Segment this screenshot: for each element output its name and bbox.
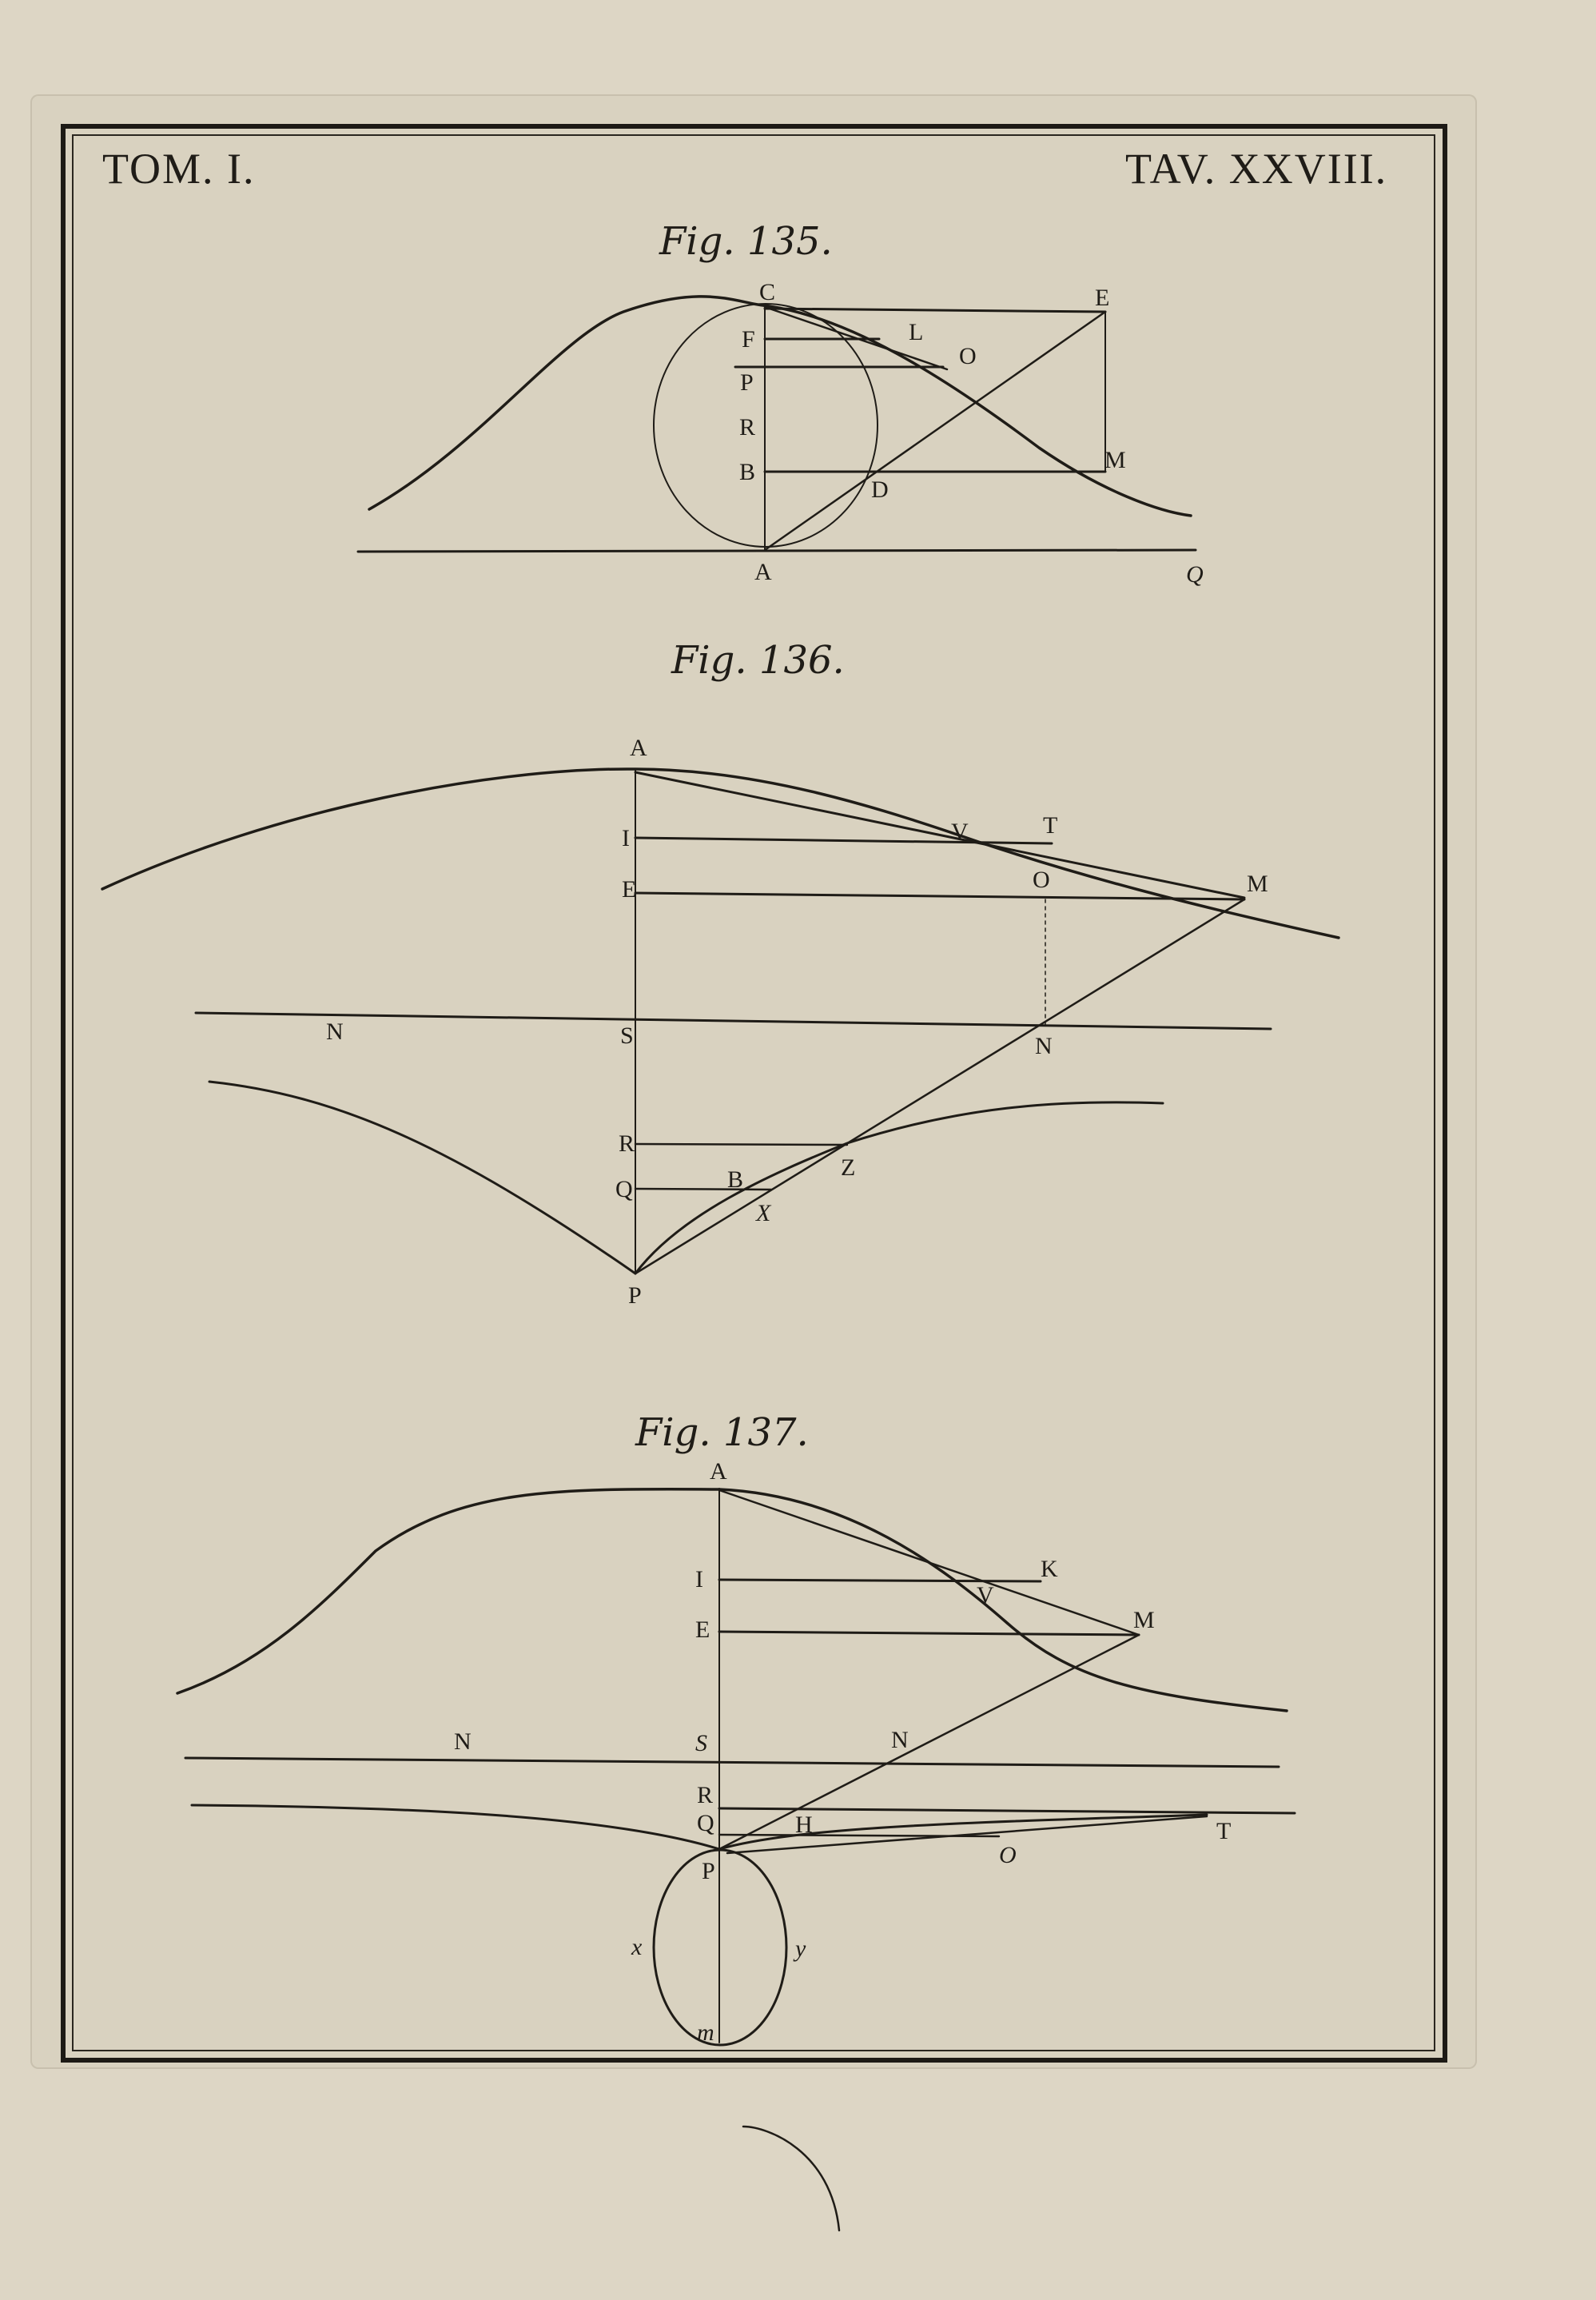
fig136-lower-curve-left bbox=[209, 1082, 635, 1274]
svg-text:Q: Q bbox=[697, 1810, 714, 1836]
figure-136: Fig. 136. A I V T E O M N bbox=[102, 638, 1339, 1309]
fig135-labels: C E F L O P R B M D A Q bbox=[739, 279, 1204, 588]
svg-text:S: S bbox=[695, 1730, 707, 1756]
fig137-line-ik bbox=[719, 1580, 1041, 1581]
svg-text:V: V bbox=[951, 819, 969, 845]
svg-text:M: M bbox=[1247, 871, 1268, 897]
svg-text:P: P bbox=[628, 1282, 642, 1309]
svg-text:O: O bbox=[959, 343, 977, 369]
svg-text:B: B bbox=[739, 459, 755, 485]
svg-text:O: O bbox=[999, 1842, 1017, 1868]
svg-text:A: A bbox=[630, 735, 647, 761]
fig137-lower-curve-left bbox=[192, 1805, 719, 1849]
svg-text:V: V bbox=[977, 1582, 994, 1608]
svg-text:y: y bbox=[793, 1935, 806, 1962]
svg-text:P: P bbox=[702, 1858, 715, 1884]
fig137-line-em bbox=[719, 1632, 1139, 1635]
svg-text:H: H bbox=[795, 1812, 813, 1838]
svg-text:N: N bbox=[891, 1727, 909, 1753]
svg-text:x: x bbox=[631, 1934, 643, 1960]
fig135-diagonal-ae bbox=[765, 312, 1105, 550]
figure-135-caption: Fig. 135. bbox=[659, 219, 833, 264]
fig135-bell-curve bbox=[369, 297, 1191, 516]
fig136-line-it bbox=[635, 838, 1052, 843]
svg-text:N: N bbox=[454, 1728, 472, 1755]
svg-text:E: E bbox=[695, 1616, 710, 1643]
svg-text:F: F bbox=[742, 326, 755, 353]
fig136-lower-curve-right bbox=[635, 1102, 1163, 1274]
svg-text:N: N bbox=[1035, 1033, 1053, 1059]
fig136-line-mp bbox=[635, 899, 1244, 1274]
svg-text:L: L bbox=[909, 319, 923, 345]
svg-text:C: C bbox=[759, 279, 775, 305]
svg-text:R: R bbox=[697, 1782, 713, 1808]
svg-text:R: R bbox=[739, 414, 755, 440]
svg-text:R: R bbox=[619, 1130, 635, 1157]
diagram-canvas: Fig. 135. C E F L O P R B M D bbox=[0, 0, 1596, 2300]
fig135-baseline bbox=[358, 550, 1196, 552]
svg-text:Q: Q bbox=[1186, 561, 1204, 588]
figure-135: Fig. 135. C E F L O P R B M D bbox=[358, 219, 1204, 588]
svg-text:I: I bbox=[695, 1566, 703, 1592]
fig137-chord-am bbox=[719, 1490, 1139, 1635]
svg-text:T: T bbox=[1216, 1818, 1231, 1844]
svg-text:D: D bbox=[871, 476, 889, 503]
svg-text:K: K bbox=[1041, 1556, 1058, 1582]
svg-text:N: N bbox=[326, 1018, 344, 1045]
svg-text:P: P bbox=[740, 369, 754, 396]
svg-text:Z: Z bbox=[841, 1154, 855, 1181]
fig137-line-ns bbox=[185, 1758, 1279, 1767]
svg-text:A: A bbox=[710, 1458, 727, 1485]
fig136-line-rz bbox=[635, 1144, 847, 1145]
fig135-line-ce bbox=[765, 309, 1105, 312]
svg-text:A: A bbox=[754, 559, 772, 585]
figure-136-caption: Fig. 136. bbox=[671, 638, 845, 683]
fig136-upper-curve bbox=[102, 769, 1339, 938]
svg-text:m: m bbox=[697, 2019, 714, 2046]
fig137-line-mp bbox=[719, 1635, 1139, 1849]
fig137-bell-curve bbox=[177, 1489, 1287, 1711]
svg-text:X: X bbox=[755, 1200, 772, 1226]
fig136-line-qx bbox=[635, 1189, 771, 1190]
svg-text:S: S bbox=[620, 1022, 634, 1049]
svg-text:I: I bbox=[622, 825, 630, 851]
svg-text:M: M bbox=[1104, 447, 1126, 473]
svg-text:M: M bbox=[1133, 1607, 1155, 1633]
fig136-line-ns bbox=[196, 1013, 1271, 1029]
svg-text:E: E bbox=[1095, 285, 1109, 311]
svg-text:E: E bbox=[622, 876, 636, 903]
svg-text:O: O bbox=[1033, 867, 1050, 893]
stray-ink-mark bbox=[743, 2127, 839, 2230]
fig136-chord-am bbox=[635, 772, 1244, 898]
figure-137: Fig. 137. A I K V E M bbox=[177, 1410, 1295, 2046]
svg-text:T: T bbox=[1043, 812, 1057, 839]
fig137-labels: A I K V E M N S N R Q H T O P x y m bbox=[454, 1458, 1231, 2046]
fig137-curve-ht bbox=[719, 1815, 1207, 1849]
figure-137-caption: Fig. 137. bbox=[635, 1410, 809, 1455]
svg-text:B: B bbox=[727, 1166, 743, 1193]
svg-text:Q: Q bbox=[615, 1176, 633, 1202]
